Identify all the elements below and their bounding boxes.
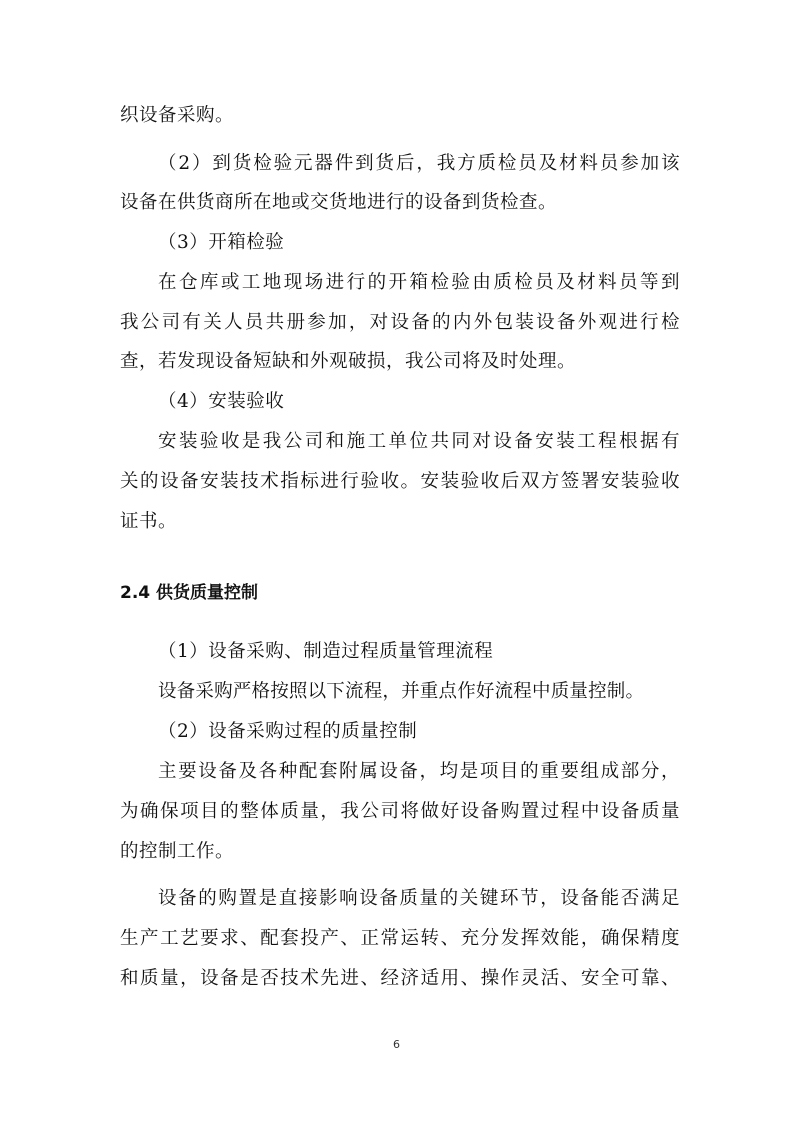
paragraph-line: 的控制工作。: [120, 840, 680, 864]
paragraph-line: 我公司有关人员共册参加，对设备的内外包装设备外观进行检: [120, 311, 680, 335]
paragraph-line: 织设备采购。: [120, 104, 680, 128]
paragraph-line: 生产工艺要求、配套投产、正常运转、充分发挥效能，确保精度: [120, 927, 680, 951]
paragraph-line: 证书。: [120, 510, 680, 534]
subheading-procurement-quality: （2）设备采购过程的质量控制: [158, 720, 718, 744]
paragraph-line: 为确保项目的整体质量，我公司将做好设备购置过程中设备质量: [120, 800, 680, 824]
paragraph-line: 设备采购严格按照以下流程，并重点作好流程中质量控制。: [158, 680, 718, 704]
paragraph-line: （2）到货检验元器件到货后，我方质检员及材料员参加该: [158, 152, 680, 176]
paragraph-line: 设备在供货商所在地或交货地进行的设备到货检查。: [120, 191, 680, 215]
paragraph-line: 关的设备安装技术指标进行验收。安装验收后双方签署安装验收: [120, 470, 680, 494]
paragraph-line: 在仓库或工地现场进行的开箱检验由质检员及材料员等到: [158, 271, 680, 295]
paragraph-line: 主要设备及各种配套附属设备，均是项目的重要组成部分，: [158, 760, 680, 784]
subheading-unpacking-inspection: （3）开箱检验: [158, 231, 718, 255]
paragraph-line: 安装验收是我公司和施工单位共同对设备安装工程根据有: [158, 430, 680, 454]
subheading-process-flow: （1）设备采购、制造过程质量管理流程: [158, 640, 718, 664]
paragraph-line: 设备的购置是直接影响设备质量的关键环节，设备能否满足: [158, 887, 680, 911]
document-page: 织设备采购。 （2）到货检验元器件到货后，我方质检员及材料员参加该 设备在供货商…: [0, 0, 793, 1122]
subheading-installation-acceptance: （4）安装验收: [158, 390, 718, 414]
section-heading: 2.4 供货质量控制: [120, 581, 680, 605]
paragraph-line: 和质量，设备是否技术先进、经济适用、操作灵活、安全可靠、: [120, 967, 680, 991]
paragraph-line: 查，若发现设备短缺和外观破损，我公司将及时处理。: [120, 350, 680, 374]
page-number: 6: [0, 1038, 793, 1051]
